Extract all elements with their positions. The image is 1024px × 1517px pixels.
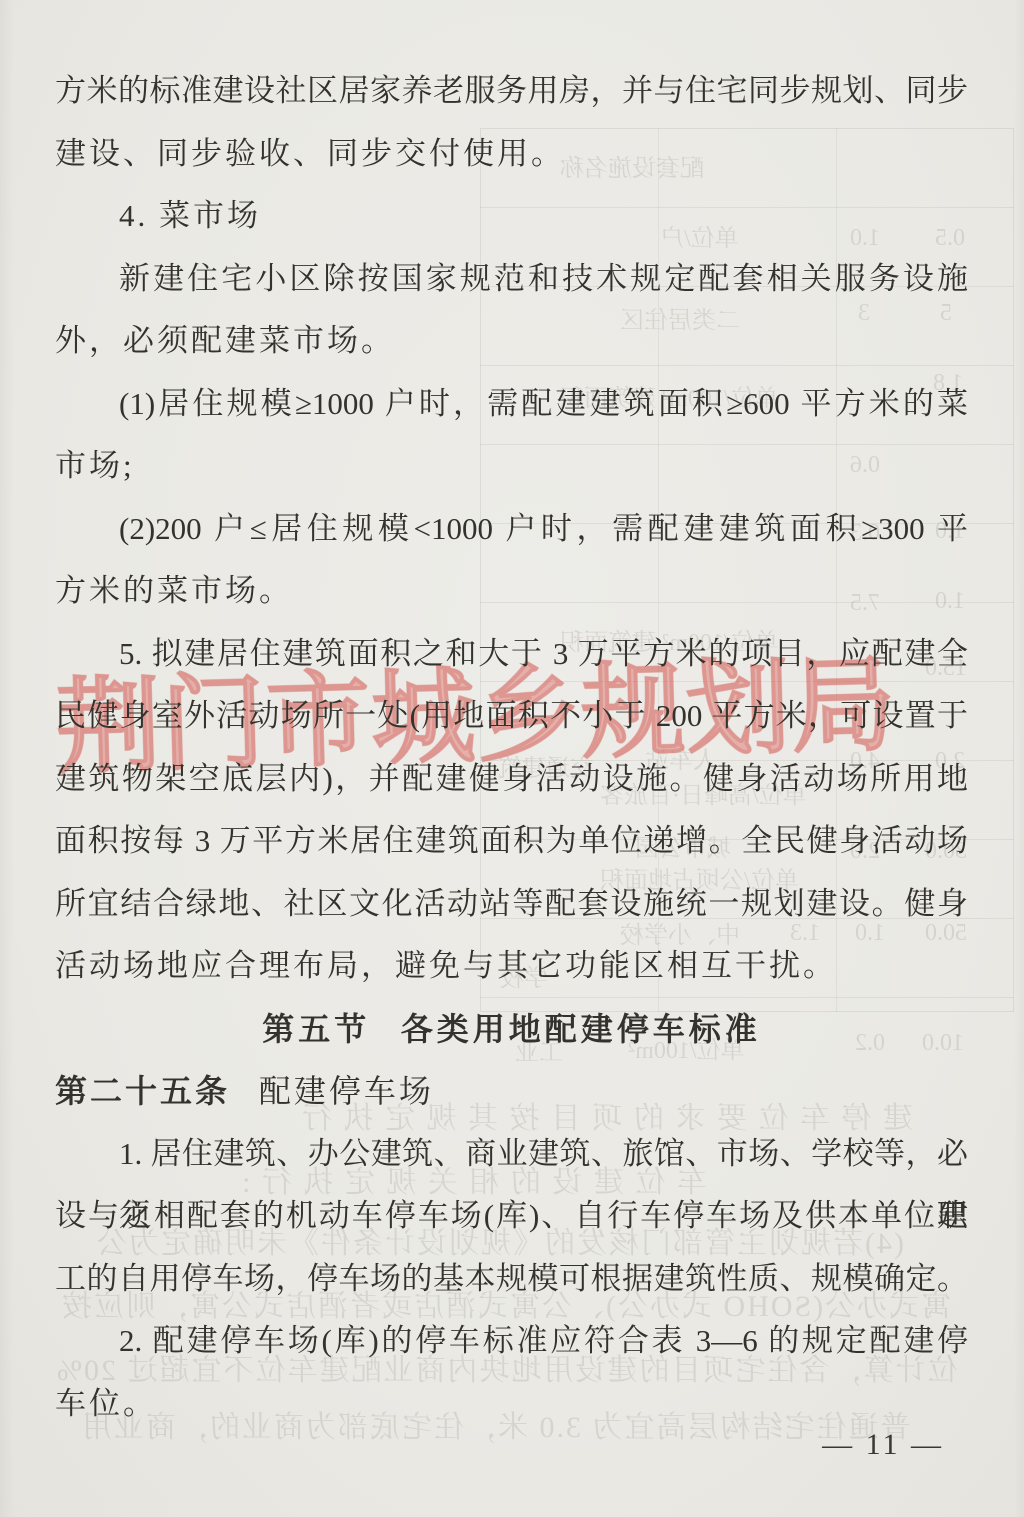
scanned-document-page: 配套设施名称单位/户1.00.5二类居住区35单位/100m² 建筑面积1.80…	[0, 0, 1024, 1517]
text-line: 市场;	[55, 435, 968, 498]
text-line: 建设、同步验收、同步交付使用。	[55, 123, 968, 186]
text-line: 2. 配建停车场(库)的停车标准应符合表 3—6 的规定配建停	[55, 1310, 968, 1373]
text-line: 建筑物架空底层内)，并配建健身活动设施。健身活动场所用地	[55, 748, 968, 811]
document-body: 方米的标准建设社区居家养老服务用房，并与住宅同步规划、同步建设、同步验收、同步交…	[55, 60, 968, 1435]
heading-line: 第五节各类用地配建停车标准	[55, 998, 968, 1061]
text-line: (1)居住规模≥1000 户时，需配建建筑面积≥600 平方米的菜	[55, 373, 968, 436]
text-line: 设与之相配套的机动车停车场(库)、自行车停车场及供本单位职	[55, 1185, 968, 1248]
heading-title: 配建停车场	[259, 1073, 434, 1109]
heading-title: 各类用地配建停车标准	[401, 1011, 761, 1047]
text-line: 所宜结合绿地、社区文化活动站等配套设施统一规划建设。健身	[55, 873, 968, 936]
heading-label: 第五节	[262, 1011, 370, 1047]
text-line: 5. 拟建居住建筑面积之和大于 3 万平方米的项目，应配建全	[55, 623, 968, 686]
heading-line: 第二十五条配建停车场	[55, 1060, 968, 1123]
text-line: 外，必须配建菜市场。	[55, 310, 968, 373]
text-line: 工的自用停车场，停车场的基本规模可根据建筑性质、规模确定。	[55, 1248, 968, 1311]
text-line: 方米的菜市场。	[55, 560, 968, 623]
text-line: 1. 居住建筑、办公建筑、商业建筑、旅馆、市场、学校等，必须建	[55, 1123, 968, 1186]
heading-label: 第二十五条	[55, 1073, 230, 1109]
text-line: 民健身室外活动场所一处(用地面积不小于 200 平方米，可设置于	[55, 685, 968, 748]
text-line: (2)200 户≤居住规模<1000 户时，需配建建筑面积≥300 平	[55, 498, 968, 561]
text-line: 车位。	[55, 1373, 968, 1436]
text-line: 4. 菜市场	[55, 185, 968, 248]
text-line: 面积按每 3 万平方米居住建筑面积为单位递增。全民健身活动场	[55, 810, 968, 873]
text-line: 方米的标准建设社区居家养老服务用房，并与住宅同步规划、同步	[55, 60, 968, 123]
text-line: 新建住宅小区除按国家规范和技术规定配套相关服务设施	[55, 248, 968, 311]
text-line: 活动场地应合理布局，避免与其它功能区相互干扰。	[55, 935, 968, 998]
page-number: — 11 —	[822, 1428, 944, 1462]
